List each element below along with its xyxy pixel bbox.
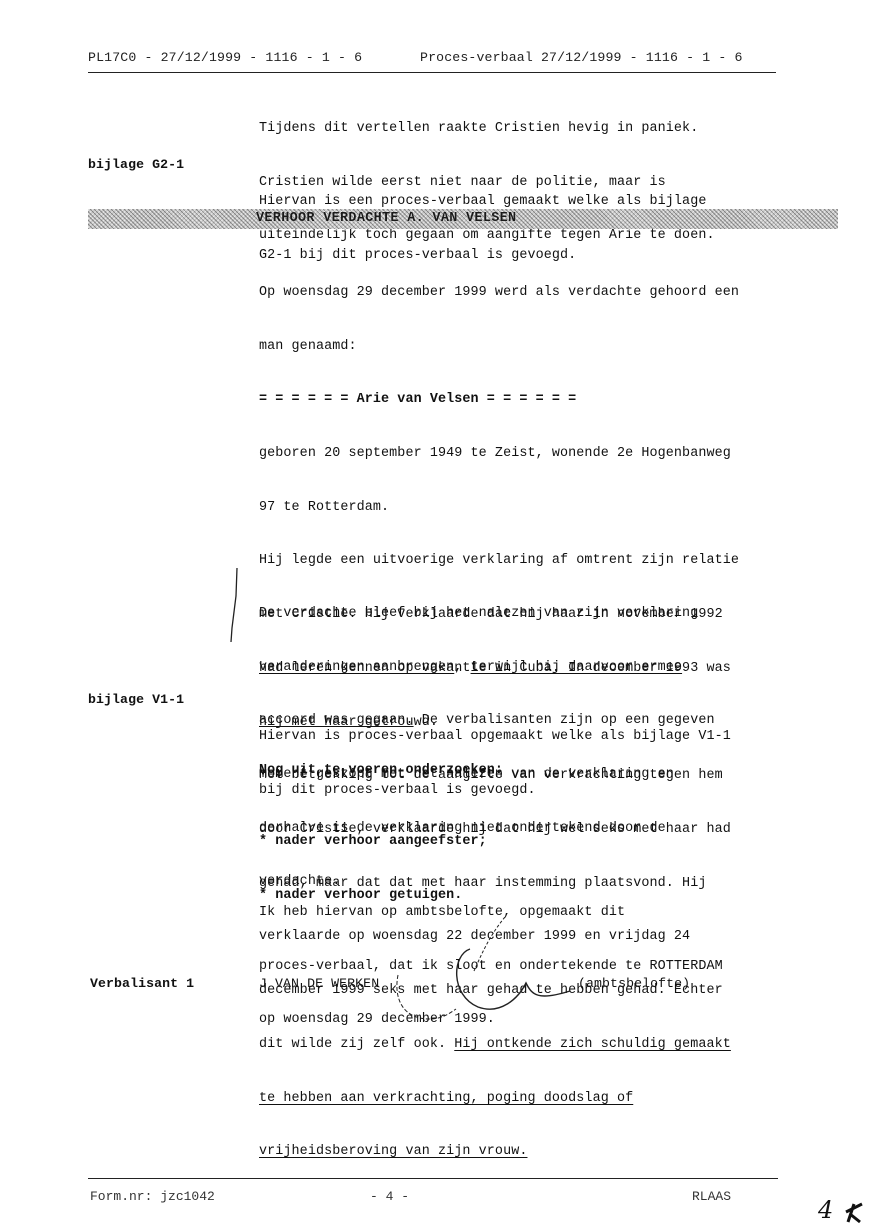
underlined-denial: vrijheidsberoving van zijn vrouw. bbox=[259, 1143, 739, 1161]
page-number: - 4 - bbox=[370, 1189, 409, 1204]
todo-heading: Nog uit te voeren onderzoeken: bbox=[259, 762, 503, 780]
underlined-denial: te hebben aan verkrachting, poging doods… bbox=[259, 1090, 739, 1108]
suspect-name-line: = = = = = = Arie van Velsen = = = = = = bbox=[259, 391, 739, 409]
header-right: Proces-verbaal 27/12/1999 - 1116 - 1 - 6 bbox=[420, 50, 743, 65]
text-line: 97 te Rotterdam. bbox=[259, 499, 739, 517]
section-code: RLAAS bbox=[692, 1189, 731, 1204]
margin-mark-icon bbox=[225, 566, 245, 646]
document-page: PL17C0 - 27/12/1999 - 1116 - 1 - 6 Proce… bbox=[0, 0, 877, 1227]
header-rule bbox=[88, 72, 776, 73]
text-line: De verdachte bleef bij het nalezen van z… bbox=[259, 605, 715, 623]
signer-role: Verbalisant 1 bbox=[90, 976, 194, 991]
annex-g2-label: bijlage G2-1 bbox=[88, 157, 184, 172]
underlined-phrase: terwijl hij daarvoor ermee bbox=[471, 660, 683, 675]
form-number: Form.nr: jzc1042 bbox=[90, 1189, 215, 1204]
text-line: veranderingen aanbrengen, terwijl hij da… bbox=[259, 659, 715, 677]
handwritten-initial-icon bbox=[840, 1200, 866, 1226]
signer-name: J VAN DE WERKEN bbox=[259, 976, 379, 991]
list-item: * nader verhoor aangeefster; bbox=[259, 833, 487, 851]
separator: , bbox=[454, 660, 470, 675]
section-title: VERHOOR VERDACHTE A. VAN VELSEN bbox=[256, 211, 516, 226]
text-line: Hij legde een uitvoerige verklaring af o… bbox=[259, 552, 739, 570]
footer-rule bbox=[88, 1178, 778, 1179]
header-left: PL17C0 - 27/12/1999 - 1116 - 1 - 6 bbox=[88, 50, 362, 65]
signature-scribble-icon bbox=[390, 915, 590, 1025]
handwritten-page-number: 4 bbox=[818, 1196, 833, 1224]
text-line: Op woensdag 29 december 1999 werd als ve… bbox=[259, 284, 739, 302]
text-line: man genaamd: bbox=[259, 338, 739, 356]
section-banner: VERHOOR VERDACHTE A. VAN VELSEN bbox=[88, 209, 838, 229]
annex-v1-label: bijlage V1-1 bbox=[88, 692, 184, 707]
text-line: Hiervan is proces-verbaal opgemaakt welk… bbox=[259, 728, 731, 746]
signer-suffix: (ambtsbelofte) bbox=[578, 976, 690, 991]
underlined-phrase: veranderingen aanbrengen bbox=[259, 660, 454, 675]
text-line: Tijdens dit vertellen raakte Cristien he… bbox=[259, 120, 715, 138]
text-line: geboren 20 september 1949 te Zeist, wone… bbox=[259, 445, 739, 463]
